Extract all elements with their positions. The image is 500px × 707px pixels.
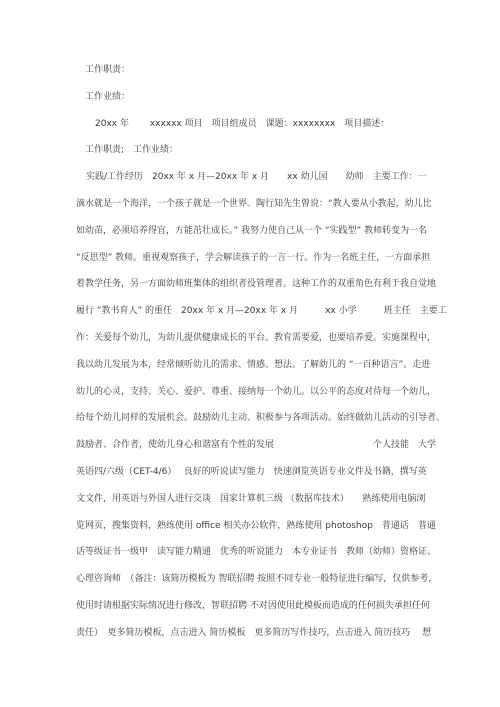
text-line: 使用时请根据实际情况进行修改，智联招聘 不对因使用此模板而造成的任何损失承担任何 (76, 593, 436, 620)
text-line: “反思型” 教师。重视观察孩子，学会解读孩子的一言一行。作为一名班主任，一方面承… (76, 245, 436, 272)
text-line: 我以幼儿发展为本，经常倾听幼儿的需求、情感、想法。了解幼儿的 “一百种语言”。走… (76, 352, 436, 379)
text-line: 鼓励者、合作者，使幼儿身心和谐富有个性的发展个人技能 大学 (76, 432, 436, 459)
text-line: 履行 “教书育人” 的重任 20xx 年 x 月—20xx 年 x 月 xx 小… (76, 298, 436, 325)
text-segment-left: 鼓励者、合作者，使幼儿身心和谐富有个性的发展 (76, 432, 274, 459)
text-line: 工作职责; 工作业绩： (85, 137, 436, 164)
text-line: 话等级证书一级甲 读写能力精通 优秀的听说能力 本专业证书 教师（幼师）资格证、 (76, 539, 436, 566)
text-line: 如幼苗，必须培养得宜，方能茁壮成长。” 我努力使自己从一个 “实践型” 教师转变… (76, 218, 436, 245)
text-line: 工作职责： (85, 57, 436, 84)
text-line: 实践/工作经历 20xx 年 x 月—20xx 年 x 月 xx 幼儿园 幼师 … (86, 164, 436, 191)
text-block: 工作职责：工作业绩：20xx 年 xxxxxx 项目 项目组成员 课题：xxxx… (76, 57, 436, 647)
text-line: 文文件，用英语与外国人进行交谈 国家计算机三级 （数据库技术） 熟练使用电脑浏 (76, 486, 436, 513)
document-page: 工作职责：工作业绩：20xx 年 xxxxxx 项目 项目组成员 课题：xxxx… (0, 0, 500, 707)
text-line: 幼儿的心灵，支持、关心、爱护、尊重、接纳每一个幼儿。以公平的态度对待每一个幼儿， (76, 379, 436, 406)
text-segment-right: 个人技能 大学 (373, 432, 436, 459)
text-line: 英语四/六级（CET-4/6） 良好的听说读写能力 快速浏览英语专业文件及书籍，… (76, 459, 436, 486)
text-line: 工作业绩： (85, 84, 436, 111)
text-line: 给每个幼儿同样的发展机会。鼓励幼儿主动、积极参与各项活动。始终做幼儿活动的引导者… (76, 405, 436, 432)
text-line: 责任） 更多简历模板，点击进入 简历模板 更多简历写作技巧，点击进入 简历技巧 … (76, 620, 436, 647)
text-line: 作：关爱每个幼儿，为幼儿提供健康成长的平台。教育需要爱，也要培养爱。实施课程中， (76, 325, 436, 352)
text-line: 20xx 年 xxxxxx 项目 项目组成员 课题：xxxxxxxx 项目描述： (95, 111, 436, 138)
text-line: 滴水就是一个海洋，一个孩子就是一个世界。陶行知先生曾说：“教人要从小教起，幼儿比 (76, 191, 436, 218)
text-line: 心理咨询师 （备注：该简历模板为 智联招聘 按照不同专业一般特征进行编写，仅供参… (76, 566, 436, 593)
text-line: 着教学任务，另一方面幼师班集体的组织者役管理者。这种工作的双重角色有利于我自觉地 (76, 271, 436, 298)
text-line: 览网页，搜集资料，熟练使用 office 相关办公软件，熟练使用 photosh… (76, 513, 436, 540)
